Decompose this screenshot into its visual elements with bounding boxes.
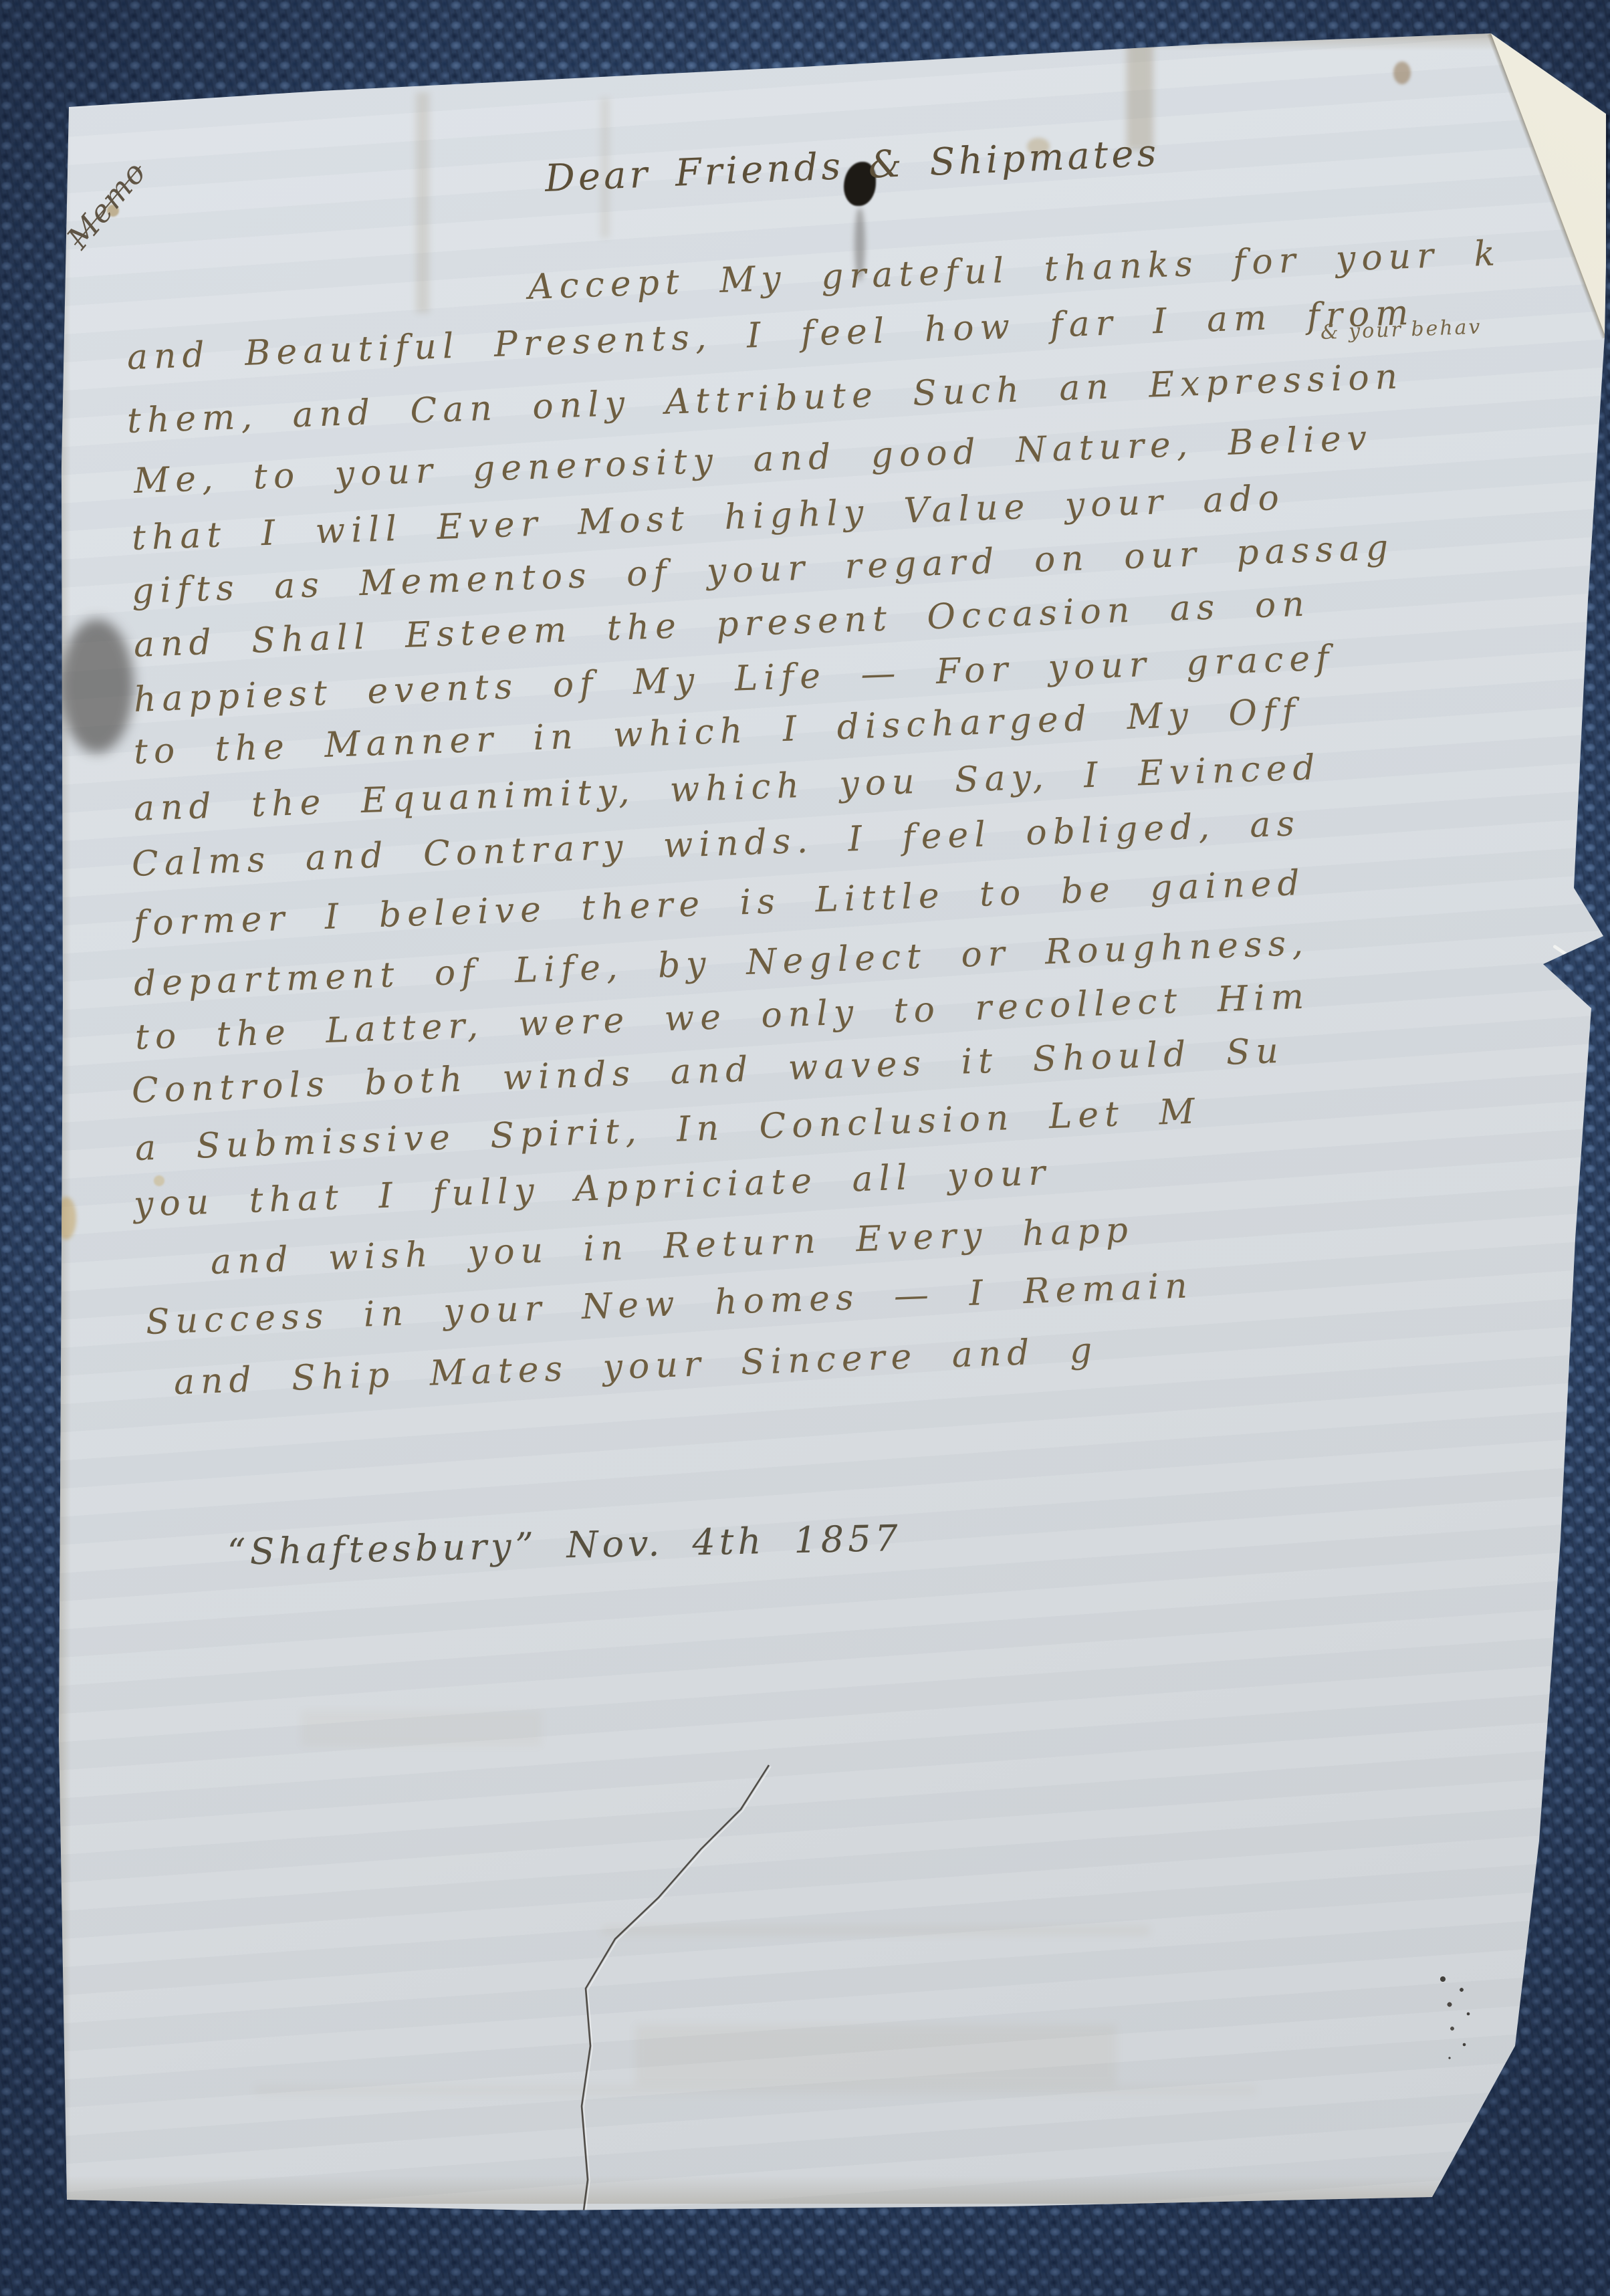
photo-of-letter: Memo Dear Friends & Shipmates Accept My … bbox=[0, 0, 1610, 2296]
stain-streak bbox=[416, 92, 429, 313]
bleedthrough-ghost bbox=[635, 2025, 1117, 2086]
bleedthrough-ghost bbox=[254, 2085, 1257, 2095]
printed-ornament bbox=[1429, 1970, 1491, 2070]
dark-smudge bbox=[60, 619, 134, 753]
bleedthrough-ghost bbox=[301, 1710, 542, 1746]
letter-paper: Memo Dear Friends & Shipmates Accept My … bbox=[53, 25, 1606, 2212]
bleedthrough-ghost bbox=[602, 1926, 1150, 1935]
